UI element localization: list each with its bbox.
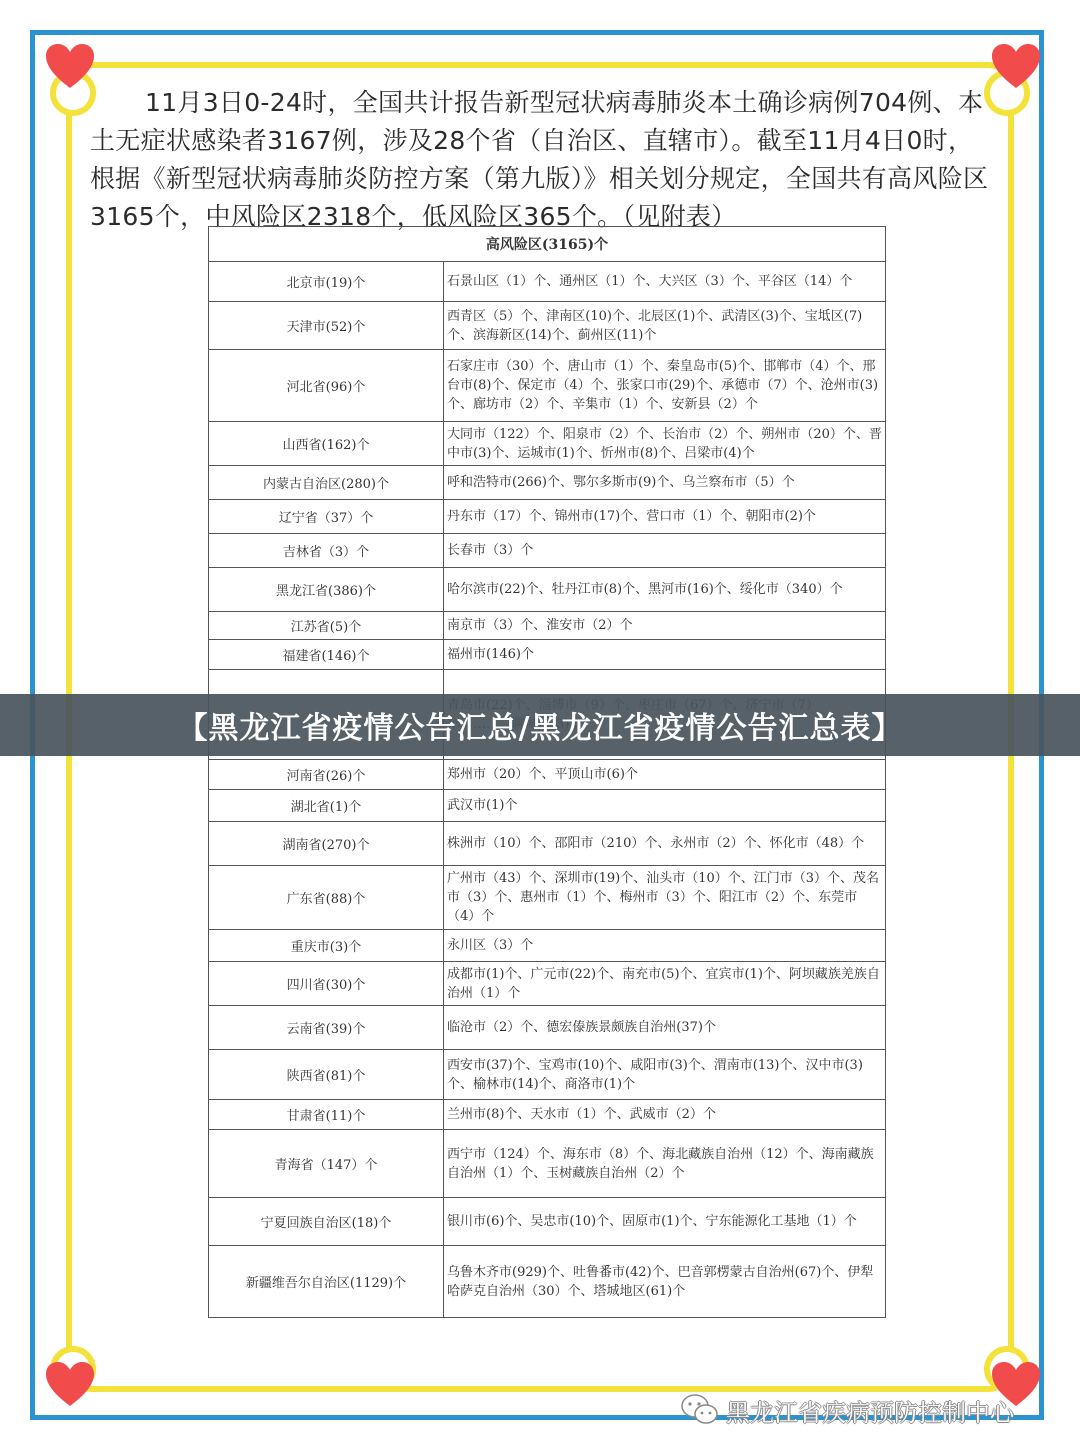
- areas-cell: 西宁市（124）个、海东市（8）个、海北藏族自治州（12）个、海南藏族自治州（1…: [444, 1130, 886, 1198]
- areas-cell: 武汉市(1)个: [444, 790, 886, 822]
- areas-cell: 福州市(146)个: [444, 640, 886, 670]
- high-risk-table: 高风险区(3165)个 北京市(19)个石景山区（1）个、通州区（1）个、大兴区…: [208, 226, 886, 1318]
- source-watermark: 黑龙江省疾病预防控制中心: [680, 1390, 1014, 1430]
- areas-cell: 银川市(6)个、吴忠市(10)个、固原市(1)个、宁东能源化工基地（1）个: [444, 1198, 886, 1246]
- table-row: 青海省（147）个西宁市（124）个、海东市（8）个、海北藏族自治州（12）个、…: [209, 1130, 886, 1198]
- areas-cell: 南京市（3）个、淮安市（2）个: [444, 612, 886, 640]
- table-body: 北京市(19)个石景山区（1）个、通州区（1）个、大兴区（3）个、平谷区（14）…: [209, 262, 886, 1318]
- table-row: 甘肃省(11)个兰州市(8)个、天水市（1）个、武威市（2）个: [209, 1100, 886, 1130]
- province-cell: 陕西省(81)个: [209, 1050, 444, 1100]
- areas-cell: 成都市(1)个、广元市(22)个、南充市(5)个、宜宾市(1)个、阿坝藏族羌族自…: [444, 962, 886, 1006]
- wechat-icon: [680, 1393, 720, 1427]
- table-row: 宁夏回族自治区(18)个银川市(6)个、吴忠市(10)个、固原市(1)个、宁东能…: [209, 1198, 886, 1246]
- province-cell: 湖南省(270)个: [209, 822, 444, 866]
- table-header: 高风险区(3165)个: [209, 227, 886, 262]
- table-row: 吉林省（3）个长春市（3）个: [209, 534, 886, 568]
- table-row: 山西省(162)个大同市（122）个、阳泉市（2）个、长治市（2）个、朔州市（2…: [209, 422, 886, 466]
- province-cell: 重庆市(3)个: [209, 930, 444, 962]
- table-row: 湖北省(1)个武汉市(1)个: [209, 790, 886, 822]
- province-cell: 天津市(52)个: [209, 302, 444, 350]
- areas-cell: 乌鲁木齐市(929)个、吐鲁番市(42)个、巴音郭楞蒙古自治州(67)个、伊犁哈…: [444, 1246, 886, 1318]
- province-cell: 吉林省（3）个: [209, 534, 444, 568]
- banner-title: 【黑龙江省疫情公告汇总/黑龙江省疫情公告汇总表】: [178, 703, 903, 747]
- areas-cell: 石家庄市（30）个、唐山市（1）个、秦皇岛市(5)个、邯郸市（4）个、邢台市(8…: [444, 350, 886, 422]
- province-cell: 内蒙古自治区(280)个: [209, 466, 444, 500]
- title-banner: 【黑龙江省疫情公告汇总/黑龙江省疫情公告汇总表】: [0, 694, 1080, 756]
- areas-cell: 大同市（122）个、阳泉市（2）个、长治市（2）个、朔州市（20）个、晋中市(3…: [444, 422, 886, 466]
- province-cell: 宁夏回族自治区(18)个: [209, 1198, 444, 1246]
- areas-cell: 西安市(37)个、宝鸡市(10)个、咸阳市(3)个、渭南市(13)个、汉中市(3…: [444, 1050, 886, 1100]
- province-cell: 新疆维吾尔自治区(1129)个: [209, 1246, 444, 1318]
- areas-cell: 临沧市（2）个、德宏傣族景颇族自治州(37)个: [444, 1006, 886, 1050]
- areas-cell: 哈尔滨市(22)个、牡丹江市(8)个、黑河市(16)个、绥化市（340）个: [444, 568, 886, 612]
- table-row: 北京市(19)个石景山区（1）个、通州区（1）个、大兴区（3）个、平谷区（14）…: [209, 262, 886, 302]
- table-row: 天津市(52)个西青区（5）个、津南区(10)个、北辰区(1)个、武清区(3)个…: [209, 302, 886, 350]
- areas-cell: 兰州市(8)个、天水市（1）个、武威市（2）个: [444, 1100, 886, 1130]
- province-cell: 福建省(146)个: [209, 640, 444, 670]
- areas-cell: 郑州市（20）个、平顶山市(6)个: [444, 760, 886, 790]
- areas-cell: 呼和浩特市(266)个、鄂尔多斯市(9)个、乌兰察布市（5）个: [444, 466, 886, 500]
- table-row: 陕西省(81)个西安市(37)个、宝鸡市(10)个、咸阳市(3)个、渭南市(13…: [209, 1050, 886, 1100]
- table-row: 河南省(26)个郑州市（20）个、平顶山市(6)个: [209, 760, 886, 790]
- table-row: 内蒙古自治区(280)个呼和浩特市(266)个、鄂尔多斯市(9)个、乌兰察布市（…: [209, 466, 886, 500]
- areas-cell: 西青区（5）个、津南区(10)个、北辰区(1)个、武清区(3)个、宝坻区(7)个…: [444, 302, 886, 350]
- heart-icon: [44, 42, 96, 90]
- province-cell: 辽宁省（37）个: [209, 500, 444, 534]
- table-row: 江苏省(5)个南京市（3）个、淮安市（2）个: [209, 612, 886, 640]
- province-cell: 甘肃省(11)个: [209, 1100, 444, 1130]
- heart-icon: [44, 1360, 96, 1408]
- province-cell: 四川省(30)个: [209, 962, 444, 1006]
- intro-paragraph: 11月3日0-24时，全国共计报告新型冠状病毒肺炎本土确诊病例704例、本土无症…: [90, 84, 995, 236]
- areas-cell: 株洲市（10）个、邵阳市（210）个、永州市（2）个、怀化市（48）个: [444, 822, 886, 866]
- province-cell: 河南省(26)个: [209, 760, 444, 790]
- areas-cell: 永川区（3）个: [444, 930, 886, 962]
- province-cell: 广东省(88)个: [209, 866, 444, 930]
- table-row: 辽宁省（37）个丹东市（17）个、锦州市(17)个、营口市（1）个、朝阳市(2)…: [209, 500, 886, 534]
- table-row: 新疆维吾尔自治区(1129)个乌鲁木齐市(929)个、吐鲁番市(42)个、巴音郭…: [209, 1246, 886, 1318]
- province-cell: 山西省(162)个: [209, 422, 444, 466]
- province-cell: 北京市(19)个: [209, 262, 444, 302]
- heart-icon: [990, 42, 1042, 90]
- areas-cell: 石景山区（1）个、通州区（1）个、大兴区（3）个、平谷区（14）个: [444, 262, 886, 302]
- areas-cell: 长春市（3）个: [444, 534, 886, 568]
- intro-text: 11月3日0-24时，全国共计报告新型冠状病毒肺炎本土确诊病例704例、本土无症…: [90, 84, 995, 236]
- table-row: 四川省(30)个成都市(1)个、广元市(22)个、南充市(5)个、宜宾市(1)个…: [209, 962, 886, 1006]
- watermark-text: 黑龙江省疾病预防控制中心: [726, 1393, 1014, 1428]
- table-row: 河北省(96)个石家庄市（30）个、唐山市（1）个、秦皇岛市(5)个、邯郸市（4…: [209, 350, 886, 422]
- table-row: 重庆市(3)个永川区（3）个: [209, 930, 886, 962]
- table-row: 云南省(39)个临沧市（2）个、德宏傣族景颇族自治州(37)个: [209, 1006, 886, 1050]
- table-row: 广东省(88)个广州市（43）个、深圳市(19)个、汕头市（10）个、江门市（3…: [209, 866, 886, 930]
- province-cell: 湖北省(1)个: [209, 790, 444, 822]
- province-cell: 云南省(39)个: [209, 1006, 444, 1050]
- areas-cell: 广州市（43）个、深圳市(19)个、汕头市（10）个、江门市（3）个、茂名市（3…: [444, 866, 886, 930]
- province-cell: 河北省(96)个: [209, 350, 444, 422]
- areas-cell: 丹东市（17）个、锦州市(17)个、营口市（1）个、朝阳市(2)个: [444, 500, 886, 534]
- table-row: 黑龙江省(386)个哈尔滨市(22)个、牡丹江市(8)个、黑河市(16)个、绥化…: [209, 568, 886, 612]
- table-row: 福建省(146)个福州市(146)个: [209, 640, 886, 670]
- table-row: 湖南省(270)个株洲市（10）个、邵阳市（210）个、永州市（2）个、怀化市（…: [209, 822, 886, 866]
- province-cell: 黑龙江省(386)个: [209, 568, 444, 612]
- province-cell: 江苏省(5)个: [209, 612, 444, 640]
- province-cell: 青海省（147）个: [209, 1130, 444, 1198]
